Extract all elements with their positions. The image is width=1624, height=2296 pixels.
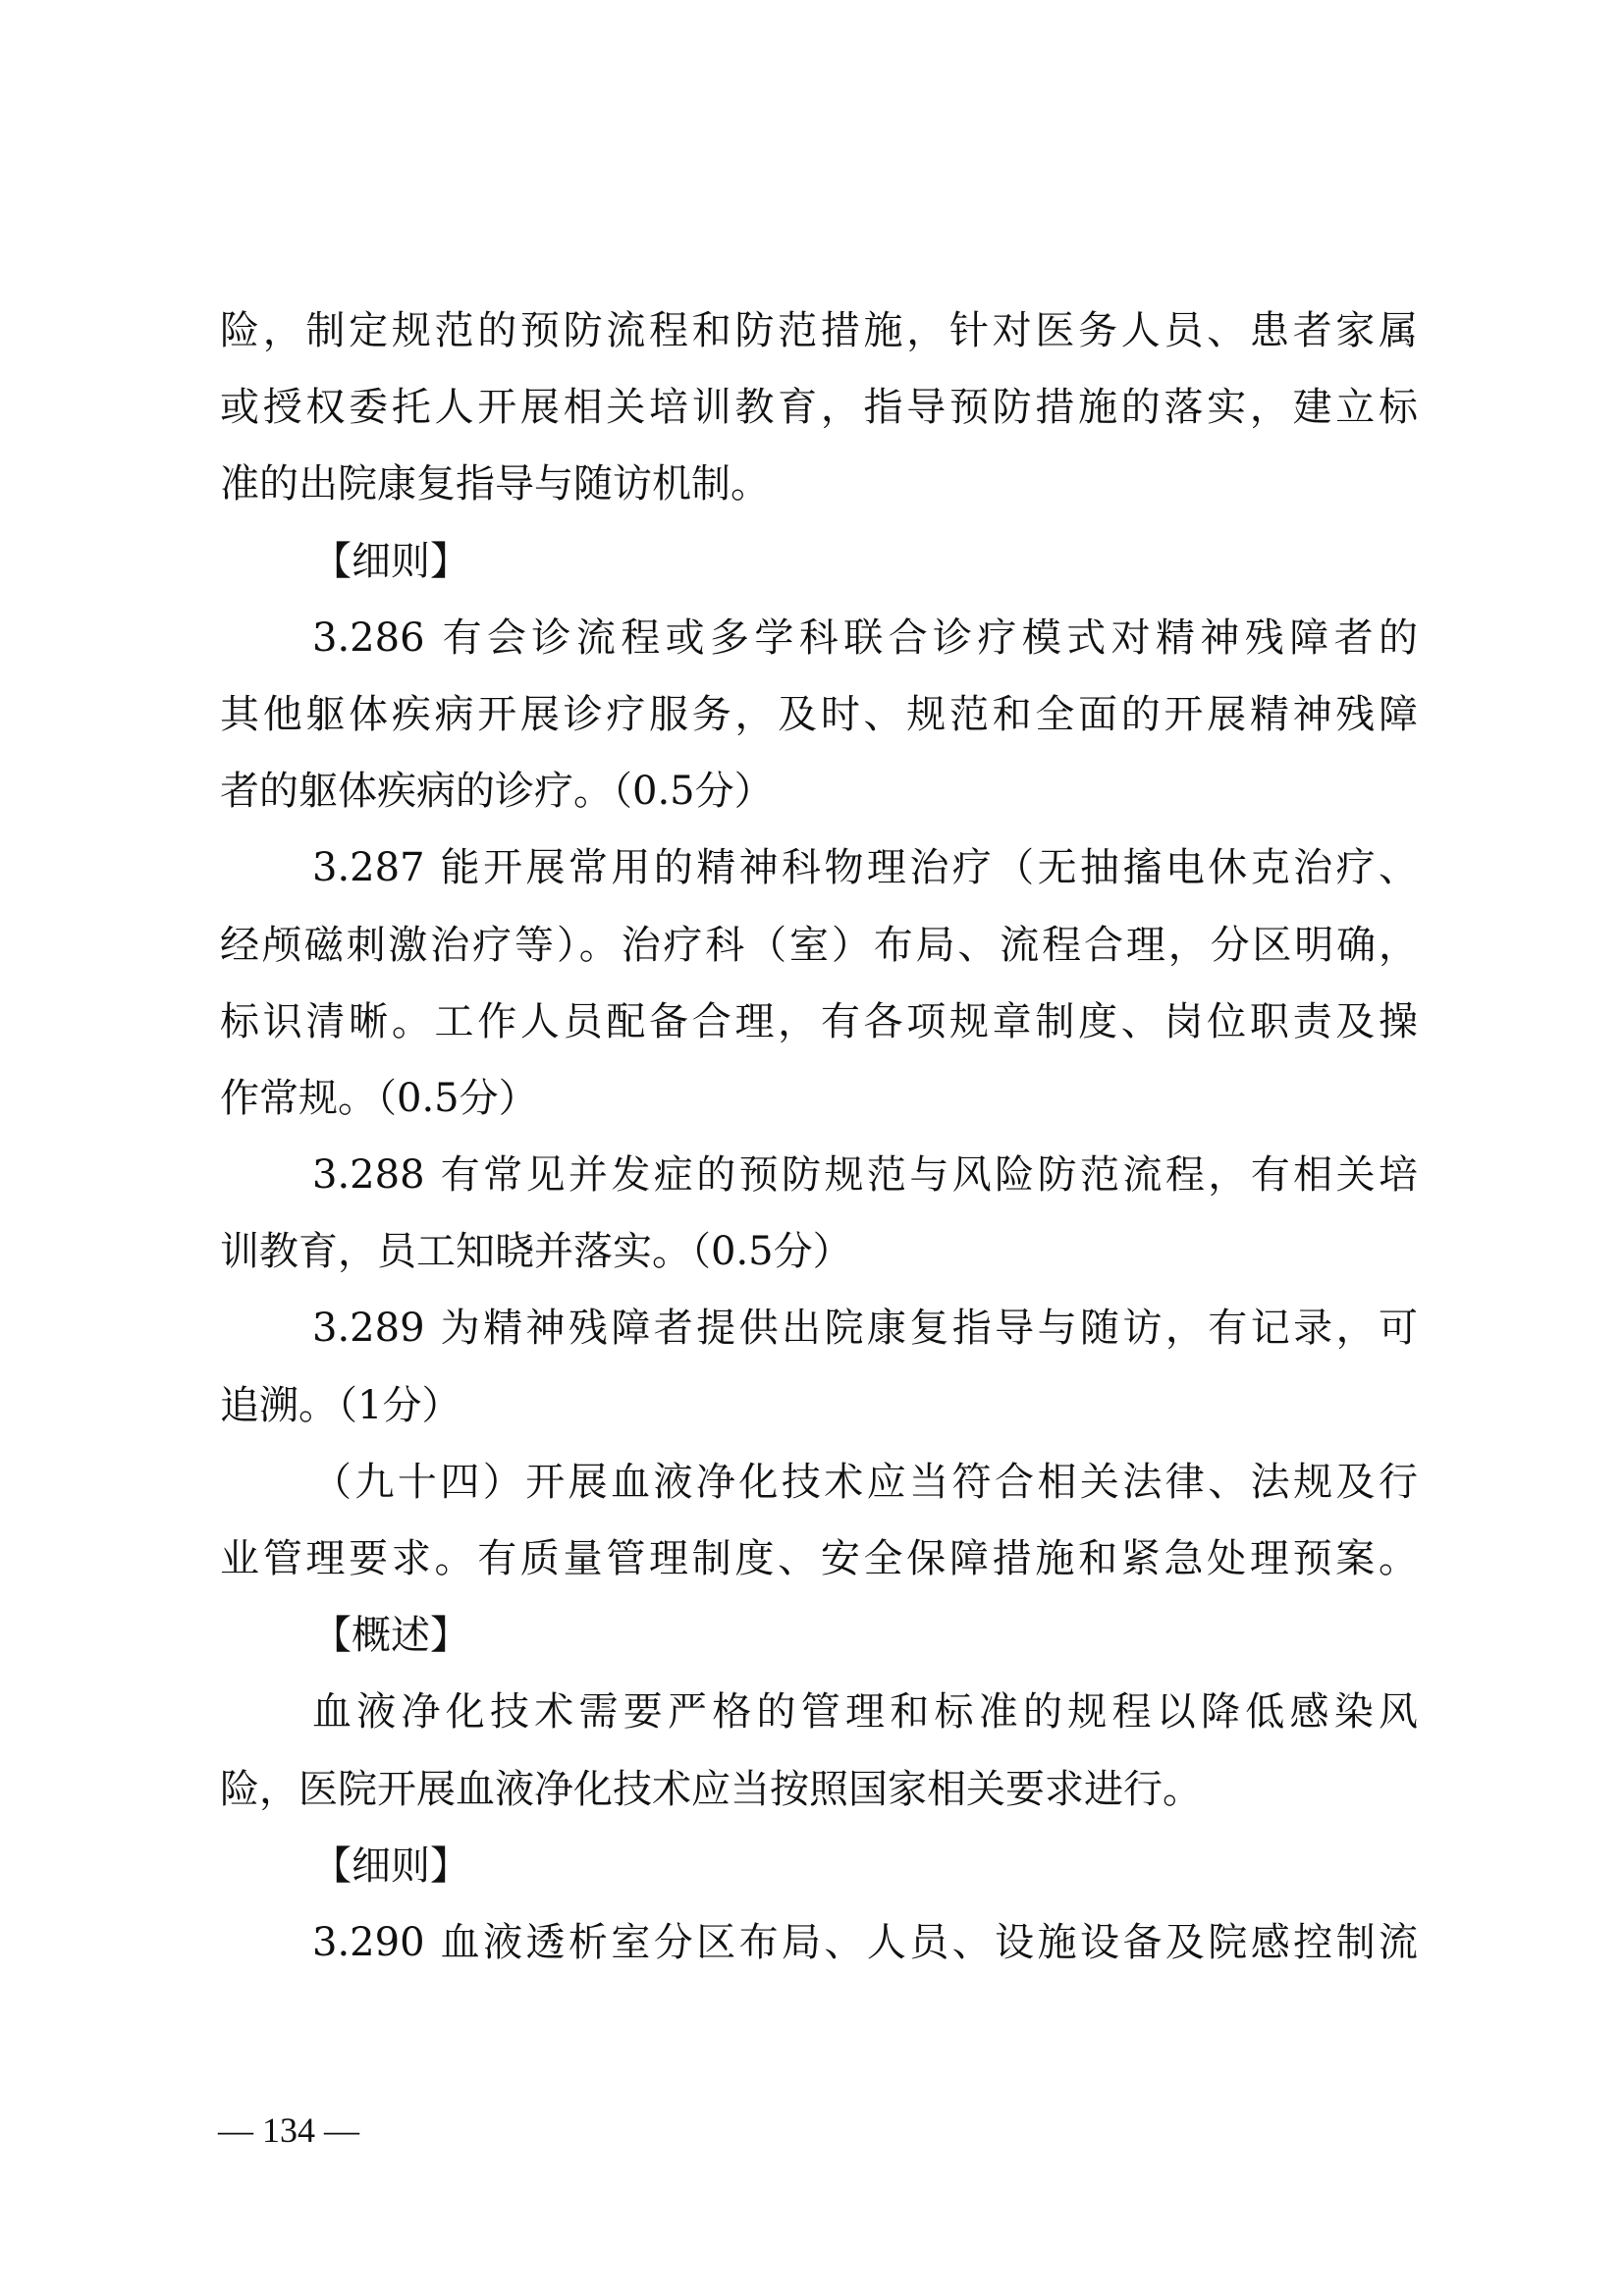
paragraph-continuation: 险，制定规范的预防流程和防范措施，针对医务人员、患者家属 或授权委托人开展相关培… (220, 293, 1418, 523)
heading-text: 【细则】 (220, 523, 1418, 600)
page-number: — 134 — (218, 2106, 359, 2155)
section-heading-rules: 【细则】 (220, 1828, 1418, 1904)
document-page: 险，制定规范的预防流程和防范措施，针对医务人员、患者家属 或授权委托人开展相关培… (0, 0, 1624, 2296)
text-line: 险，制定规范的预防流程和防范措施，针对医务人员、患者家属 (220, 293, 1418, 369)
clause-3-289: 3.289 为精神残障者提供出院康复指导与随访，有记录，可 追溯。（1分） (220, 1290, 1418, 1443)
text-line: 者的躯体疾病的诊疗。（0.5分） (220, 753, 1418, 829)
overview-paragraph: 血液净化技术需要严格的管理和标准的规程以降低感染风 险，医院开展血液净化技术应当… (220, 1674, 1418, 1827)
text-line: 作常规。（0.5分） (220, 1060, 1418, 1137)
heading-text: 【概述】 (220, 1597, 1418, 1674)
text-line: 3.290 血液透析室分区布局、人员、设施设备及院感控制流 (220, 1904, 1418, 1981)
clause-3-290: 3.290 血液透析室分区布局、人员、设施设备及院感控制流 (220, 1904, 1418, 1981)
section-heading-rules: 【细则】 (220, 523, 1418, 600)
text-line: 3.286 有会诊流程或多学科联合诊疗模式对精神残障者的 (220, 600, 1418, 676)
clause-3-286: 3.286 有会诊流程或多学科联合诊疗模式对精神残障者的 其他躯体疾病开展诊疗服… (220, 600, 1418, 830)
text-line: 业管理要求。有质量管理制度、安全保障措施和紧急处理预案。 (220, 1521, 1418, 1597)
body-text: 险，制定规范的预防流程和防范措施，针对医务人员、患者家属 或授权委托人开展相关培… (220, 293, 1418, 1981)
text-line: （九十四）开展血液净化技术应当符合相关法律、法规及行 (220, 1444, 1418, 1521)
text-line: 其他躯体疾病开展诊疗服务，及时、规范和全面的开展精神残障 (220, 676, 1418, 753)
text-line: 血液净化技术需要严格的管理和标准的规程以降低感染风 (220, 1674, 1418, 1750)
text-line: 3.288 有常见并发症的预防规范与风险防范流程，有相关培 (220, 1137, 1418, 1213)
heading-text: 【细则】 (220, 1828, 1418, 1904)
clause-3-288: 3.288 有常见并发症的预防规范与风险防范流程，有相关培 训教育，员工知晓并落… (220, 1137, 1418, 1290)
text-line: 或授权委托人开展相关培训教育，指导预防措施的落实，建立标 (220, 369, 1418, 446)
section-94: （九十四）开展血液净化技术应当符合相关法律、法规及行 业管理要求。有质量管理制度… (220, 1444, 1418, 1597)
text-line: 准的出院康复指导与随访机制。 (220, 446, 1418, 522)
text-line: 标识清晰。工作人员配备合理，有各项规章制度、岗位职责及操 (220, 984, 1418, 1060)
text-line: 追溯。（1分） (220, 1367, 1418, 1444)
section-heading-overview: 【概述】 (220, 1597, 1418, 1674)
text-line: 经颅磁刺激治疗等）。治疗科（室）布局、流程合理，分区明确， (220, 907, 1418, 984)
clause-3-287: 3.287 能开展常用的精神科物理治疗（无抽搐电休克治疗、 经颅磁刺激治疗等）。… (220, 829, 1418, 1137)
text-line: 3.289 为精神残障者提供出院康复指导与随访，有记录，可 (220, 1290, 1418, 1366)
text-line: 训教育，员工知晓并落实。（0.5分） (220, 1213, 1418, 1290)
text-line: 3.287 能开展常用的精神科物理治疗（无抽搐电休克治疗、 (220, 829, 1418, 906)
text-line: 险，医院开展血液净化技术应当按照国家相关要求进行。 (220, 1751, 1418, 1828)
